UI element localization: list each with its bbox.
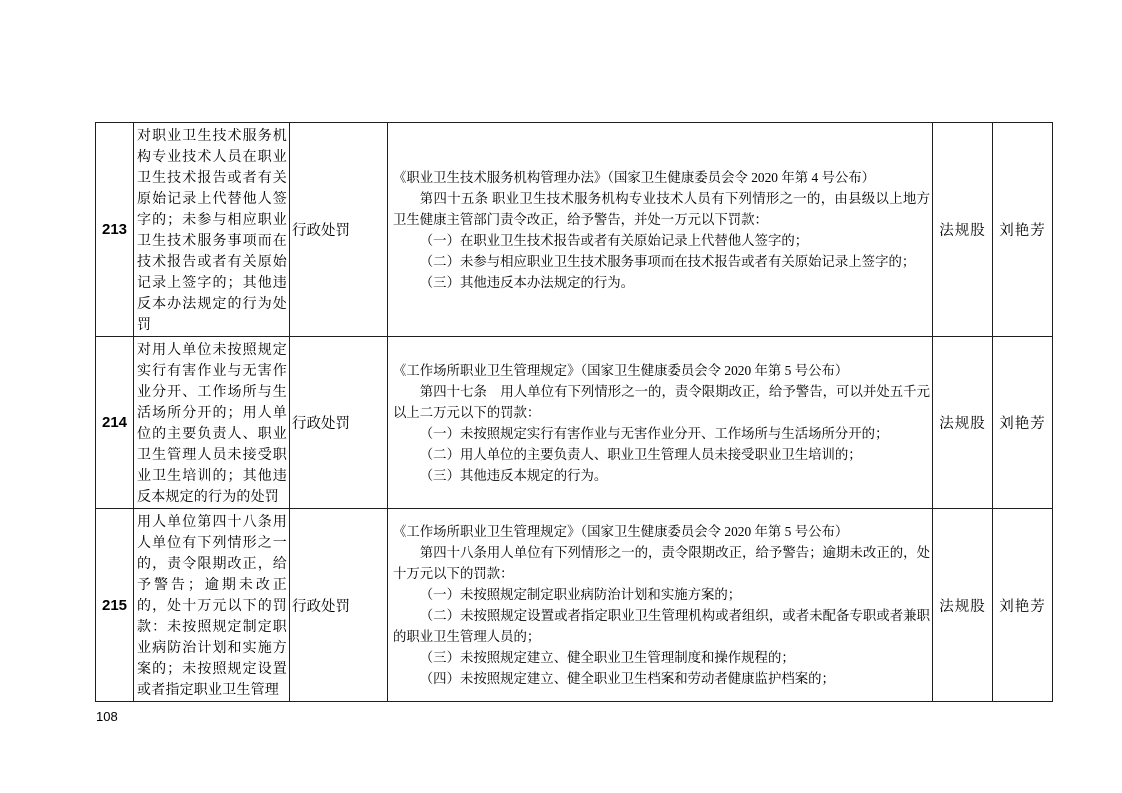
legal-basis-title: 《工作场所职业卫生管理规定》（国家卫生健康委员会令 2020 年第 5 号公布） <box>393 360 930 381</box>
legal-basis-title: 《职业卫生技术服务机构管理办法》（国家卫生健康委员会令 2020 年第 4 号公… <box>393 167 930 188</box>
legal-basis-content: 《工作场所职业卫生管理规定》（国家卫生健康委员会令 2020 年第 5 号公布）… <box>388 519 932 691</box>
legal-basis-paragraph: 第四十七条 用人单位有下列情形之一的，责令限期改正，给予警告，可以并处五千元以上… <box>393 381 930 423</box>
responsible-person: 刘艳芳 <box>993 509 1053 702</box>
penalty-type: 行政处罚 <box>290 509 388 702</box>
responsible-person: 刘艳芳 <box>993 337 1053 509</box>
page-number: 108 <box>96 709 118 724</box>
legal-basis-cell: 《职业卫生技术服务机构管理办法》（国家卫生健康委员会令 2020 年第 4 号公… <box>388 123 933 337</box>
legal-basis-item: （四）未按照规定建立、健全职业卫生档案和劳动者健康监护档案的； <box>393 668 930 689</box>
legal-basis-item: （一）在职业卫生技术报告或者有关原始记录上代替他人签字的； <box>393 230 930 251</box>
legal-basis-item: （一）未按照规定制定职业病防治计划和实施方案的； <box>393 584 930 605</box>
table-row-214: 214 对用人单位未按照规定实行有害作业与无害作业分开、工作场所与生活场所分开的… <box>96 337 1053 509</box>
legal-basis-item: （三）其他违反本规定的行为。 <box>393 465 930 486</box>
legal-basis-item: （一）未按照规定实行有害作业与无害作业分开、工作场所与生活场所分开的； <box>393 423 930 444</box>
responsible-person: 刘艳芳 <box>993 123 1053 337</box>
violation-description-cell: 对职业卫生技术服务机构专业技术人员在职业卫生技术报告或者有关原始记录上代替他人签… <box>134 123 290 337</box>
legal-basis-paragraph: 第四十五条 职业卫生技术服务机构专业技术人员有下列情形之一的，由县级以上地方卫生… <box>393 188 930 230</box>
row-number: 214 <box>96 337 134 509</box>
penalty-items-table: 213 对职业卫生技术服务机构专业技术人员在职业卫生技术报告或者有关原始记录上代… <box>95 122 1053 702</box>
legal-basis-item: （二）未按照规定设置或者指定职业卫生管理机构或者组织，或者未配备专职或者兼职的职… <box>393 605 930 647</box>
responsible-department: 法规股 <box>933 123 993 337</box>
legal-basis-title: 《工作场所职业卫生管理规定》（国家卫生健康委员会令 2020 年第 5 号公布） <box>393 521 930 542</box>
legal-basis-item: （三）其他违反本办法规定的行为。 <box>393 272 930 293</box>
violation-description: 对职业卫生技术服务机构专业技术人员在职业卫生技术报告或者有关原始记录上代替他人签… <box>134 123 289 336</box>
penalty-type: 行政处罚 <box>290 123 388 337</box>
violation-description-cell: 对用人单位未按照规定实行有害作业与无害作业分开、工作场所与生活场所分开的；用人单… <box>134 337 290 509</box>
legal-basis-content: 《工作场所职业卫生管理规定》（国家卫生健康委员会令 2020 年第 5 号公布）… <box>388 358 932 488</box>
responsible-department: 法规股 <box>933 509 993 702</box>
legal-basis-content: 《职业卫生技术服务机构管理办法》（国家卫生健康委员会令 2020 年第 4 号公… <box>388 165 932 295</box>
legal-basis-item: （三）未按照规定建立、健全职业卫生管理制度和操作规程的； <box>393 647 930 668</box>
legal-basis-cell: 《工作场所职业卫生管理规定》（国家卫生健康委员会令 2020 年第 5 号公布）… <box>388 337 933 509</box>
penalty-type: 行政处罚 <box>290 337 388 509</box>
row-number: 213 <box>96 123 134 337</box>
violation-description: 用人单位第四十八条用人单位有下列情形之一的，责令限期改正，给予警告；逾期未改正的… <box>134 509 289 701</box>
legal-basis-cell: 《工作场所职业卫生管理规定》（国家卫生健康委员会令 2020 年第 5 号公布）… <box>388 509 933 702</box>
document-page: 213 对职业卫生技术服务机构专业技术人员在职业卫生技术报告或者有关原始记录上代… <box>0 0 1122 793</box>
table-row-213: 213 对职业卫生技术服务机构专业技术人员在职业卫生技术报告或者有关原始记录上代… <box>96 123 1053 337</box>
table-row-215: 215 用人单位第四十八条用人单位有下列情形之一的，责令限期改正，给予警告；逾期… <box>96 509 1053 702</box>
responsible-department: 法规股 <box>933 337 993 509</box>
legal-basis-item: （二）用人单位的主要负责人、职业卫生管理人员未接受职业卫生培训的； <box>393 444 930 465</box>
legal-basis-paragraph: 第四十八条用人单位有下列情形之一的，责令限期改正，给予警告；逾期未改正的，处十万… <box>393 542 930 584</box>
violation-description: 对用人单位未按照规定实行有害作业与无害作业分开、工作场所与生活场所分开的；用人单… <box>134 337 289 508</box>
violation-description-cell: 用人单位第四十八条用人单位有下列情形之一的，责令限期改正，给予警告；逾期未改正的… <box>134 509 290 702</box>
legal-basis-item: （二）未参与相应职业卫生技术服务事项而在技术报告或者有关原始记录上签字的； <box>393 251 930 272</box>
row-number: 215 <box>96 509 134 702</box>
